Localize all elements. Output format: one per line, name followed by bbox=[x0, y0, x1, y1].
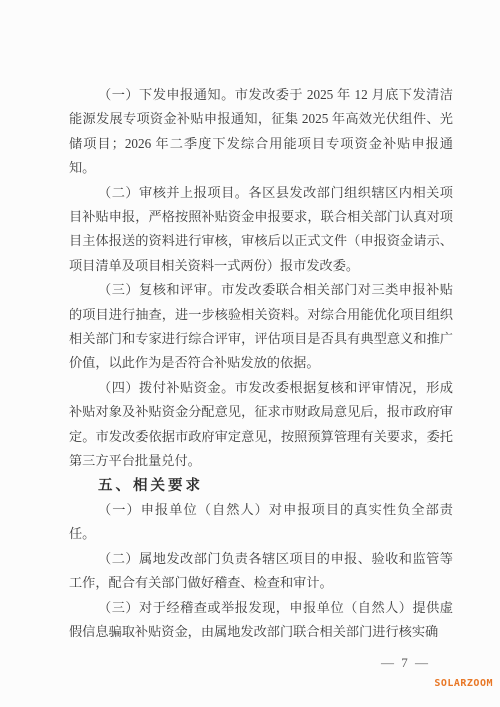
paragraph-review-submit: （二）审核并上报项目。各区县发改部门组织辖区内相关项目补贴申报，严格按照补贴资金… bbox=[69, 181, 453, 279]
paragraph-recheck-evaluate: （三）复核和评审。市发改委联合相关部门对三类申报补贴的项目进行抽查，进一步核验相… bbox=[69, 278, 453, 376]
paragraph-requirement-2: （二）属地发改部门负责各辖区项目的申报、验收和监管等工作，配合有关部门做好稽查、… bbox=[69, 547, 453, 596]
solarzoom-watermark: SOLARZOOM bbox=[434, 678, 493, 689]
paragraph-funds-disbursement: （四）拨付补贴资金。市发改委根据复核和评审情况，形成补贴对象及补贴资金分配意见，… bbox=[69, 376, 453, 474]
document-body: （一）下发申报通知。市发改委于 2025 年 12 月底下发清洁能源发展专项资金… bbox=[69, 83, 453, 644]
document-page: （一）下发申报通知。市发改委于 2025 年 12 月底下发清洁能源发展专项资金… bbox=[0, 0, 500, 707]
paragraph-requirement-3: （三）对于经稽查或举报发现，申报单位（自然人）提供虚假信息骗取补贴资金，由属地发… bbox=[69, 596, 453, 645]
section-heading-requirements: 五、相关要求 bbox=[69, 474, 453, 498]
page-number: — 7 — bbox=[381, 655, 430, 671]
paragraph-requirement-1: （一）申报单位（自然人）对申报项目的真实性负全部责任。 bbox=[69, 498, 453, 547]
paragraph-notice-issuance: （一）下发申报通知。市发改委于 2025 年 12 月底下发清洁能源发展专项资金… bbox=[69, 83, 453, 181]
